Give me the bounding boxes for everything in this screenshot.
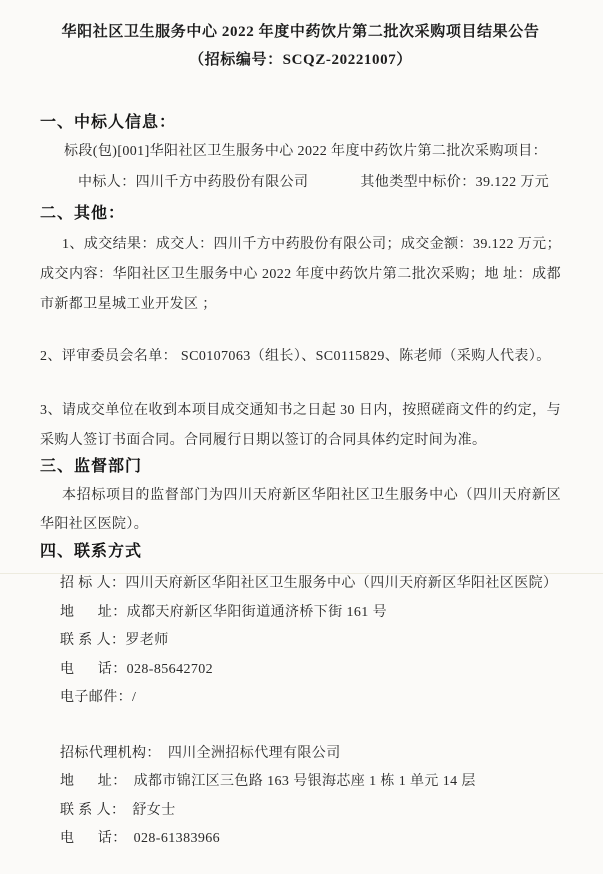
contact-label: 电 话：: [60, 662, 127, 677]
contact-label: 联 系 人：: [60, 633, 125, 648]
winner-price: 其他类型中标价：39.122 万元: [360, 172, 549, 194]
contact-label: 地 址：: [60, 605, 127, 620]
contact-value: 四川全洲招标代理有限公司: [161, 746, 341, 761]
contact-value: 028-61383966: [127, 831, 220, 846]
other-item-committee: 2、评审委员会名单： SC0107063（组长）、SC0115829、陈老师（采…: [40, 346, 561, 368]
contact-value: 舒女士: [125, 803, 175, 818]
winner-name: 中标人：四川千方中药股份有限公司: [78, 172, 308, 194]
lot-line: 标段(包)[001]华阳社区卫生服务中心 2022 年度中药饮片第二批次采购项目…: [40, 141, 561, 163]
winner-row: 中标人：四川千方中药股份有限公司 其他类型中标价：39.122 万元: [40, 172, 561, 194]
contact-row-tenderer: 招 标 人：四川天府新区华阳社区卫生服务中心（四川天府新区华阳社区医院）: [40, 570, 561, 599]
section-heading-supervision: 三、监督部门: [40, 456, 561, 478]
contact-value: 成都天府新区华阳街道通济桥下街 161 号: [127, 605, 387, 620]
contact-row-person: 联 系 人：罗老师: [40, 627, 561, 656]
contact-value: 四川天府新区华阳社区卫生服务中心（四川天府新区华阳社区医院）: [125, 576, 557, 591]
scan-artifact-line: [0, 573, 603, 574]
section-heading-winner-info: 一、中标人信息：: [40, 112, 561, 134]
contact-label: 招 标 人：: [60, 576, 125, 591]
contact-value: /: [132, 690, 136, 705]
contact-value: 成都市锦江区三色路 163 号银海芯座 1 栋 1 单元 14 层: [127, 774, 476, 789]
contact-row-agency-phone: 电 话：028-61383966: [40, 825, 561, 854]
contact-label: 地 址：: [60, 774, 127, 789]
purchaser-contact-block: 招 标 人：四川天府新区华阳社区卫生服务中心（四川天府新区华阳社区医院） 地 址…: [40, 570, 561, 713]
contact-value: 028-85642702: [127, 662, 213, 677]
other-item-result: 1、成交结果：成交人：四川千方中药股份有限公司；成交金额：39.122 万元；成…: [40, 230, 561, 320]
contact-row-phone: 电 话：028-85642702: [40, 656, 561, 685]
agency-contact-block: 招标代理机构：四川全洲招标代理有限公司 地 址：成都市锦江区三色路 163 号银…: [40, 740, 561, 854]
contact-label: 电 话：: [60, 831, 127, 846]
supervision-body: 本招标项目的监督部门为四川天府新区华阳社区卫生服务中心（四川天府新区华阳社区医院…: [40, 481, 561, 539]
contact-row-agency-address: 地 址：成都市锦江区三色路 163 号银海芯座 1 栋 1 单元 14 层: [40, 768, 561, 797]
contact-row-address: 地 址：成都天府新区华阳街道通济桥下街 161 号: [40, 599, 561, 628]
contact-value: 罗老师: [125, 633, 168, 648]
contact-label: 电子邮件：: [60, 690, 132, 705]
contact-label: 招标代理机构：: [60, 746, 161, 761]
tender-number: （招标编号：SCQZ-20221007）: [40, 50, 561, 70]
contact-row-agency-person: 联 系 人：舒女士: [40, 797, 561, 826]
other-item-contract: 3、请成交单位在收到本项目成交通知书之日起 30 日内，按照磋商文件的约定，与采…: [40, 396, 561, 456]
section-heading-other: 二、其他：: [40, 203, 561, 225]
contact-row-email: 电子邮件：/: [40, 684, 561, 713]
page-title: 华阳社区卫生服务中心 2022 年度中药饮片第二批次采购项目结果公告: [40, 22, 561, 42]
contact-row-agency: 招标代理机构：四川全洲招标代理有限公司: [40, 740, 561, 769]
section-heading-contact: 四、联系方式: [40, 541, 561, 563]
contact-label: 联 系 人：: [60, 803, 125, 818]
document-page: 华阳社区卫生服务中心 2022 年度中药饮片第二批次采购项目结果公告 （招标编号…: [0, 0, 603, 874]
